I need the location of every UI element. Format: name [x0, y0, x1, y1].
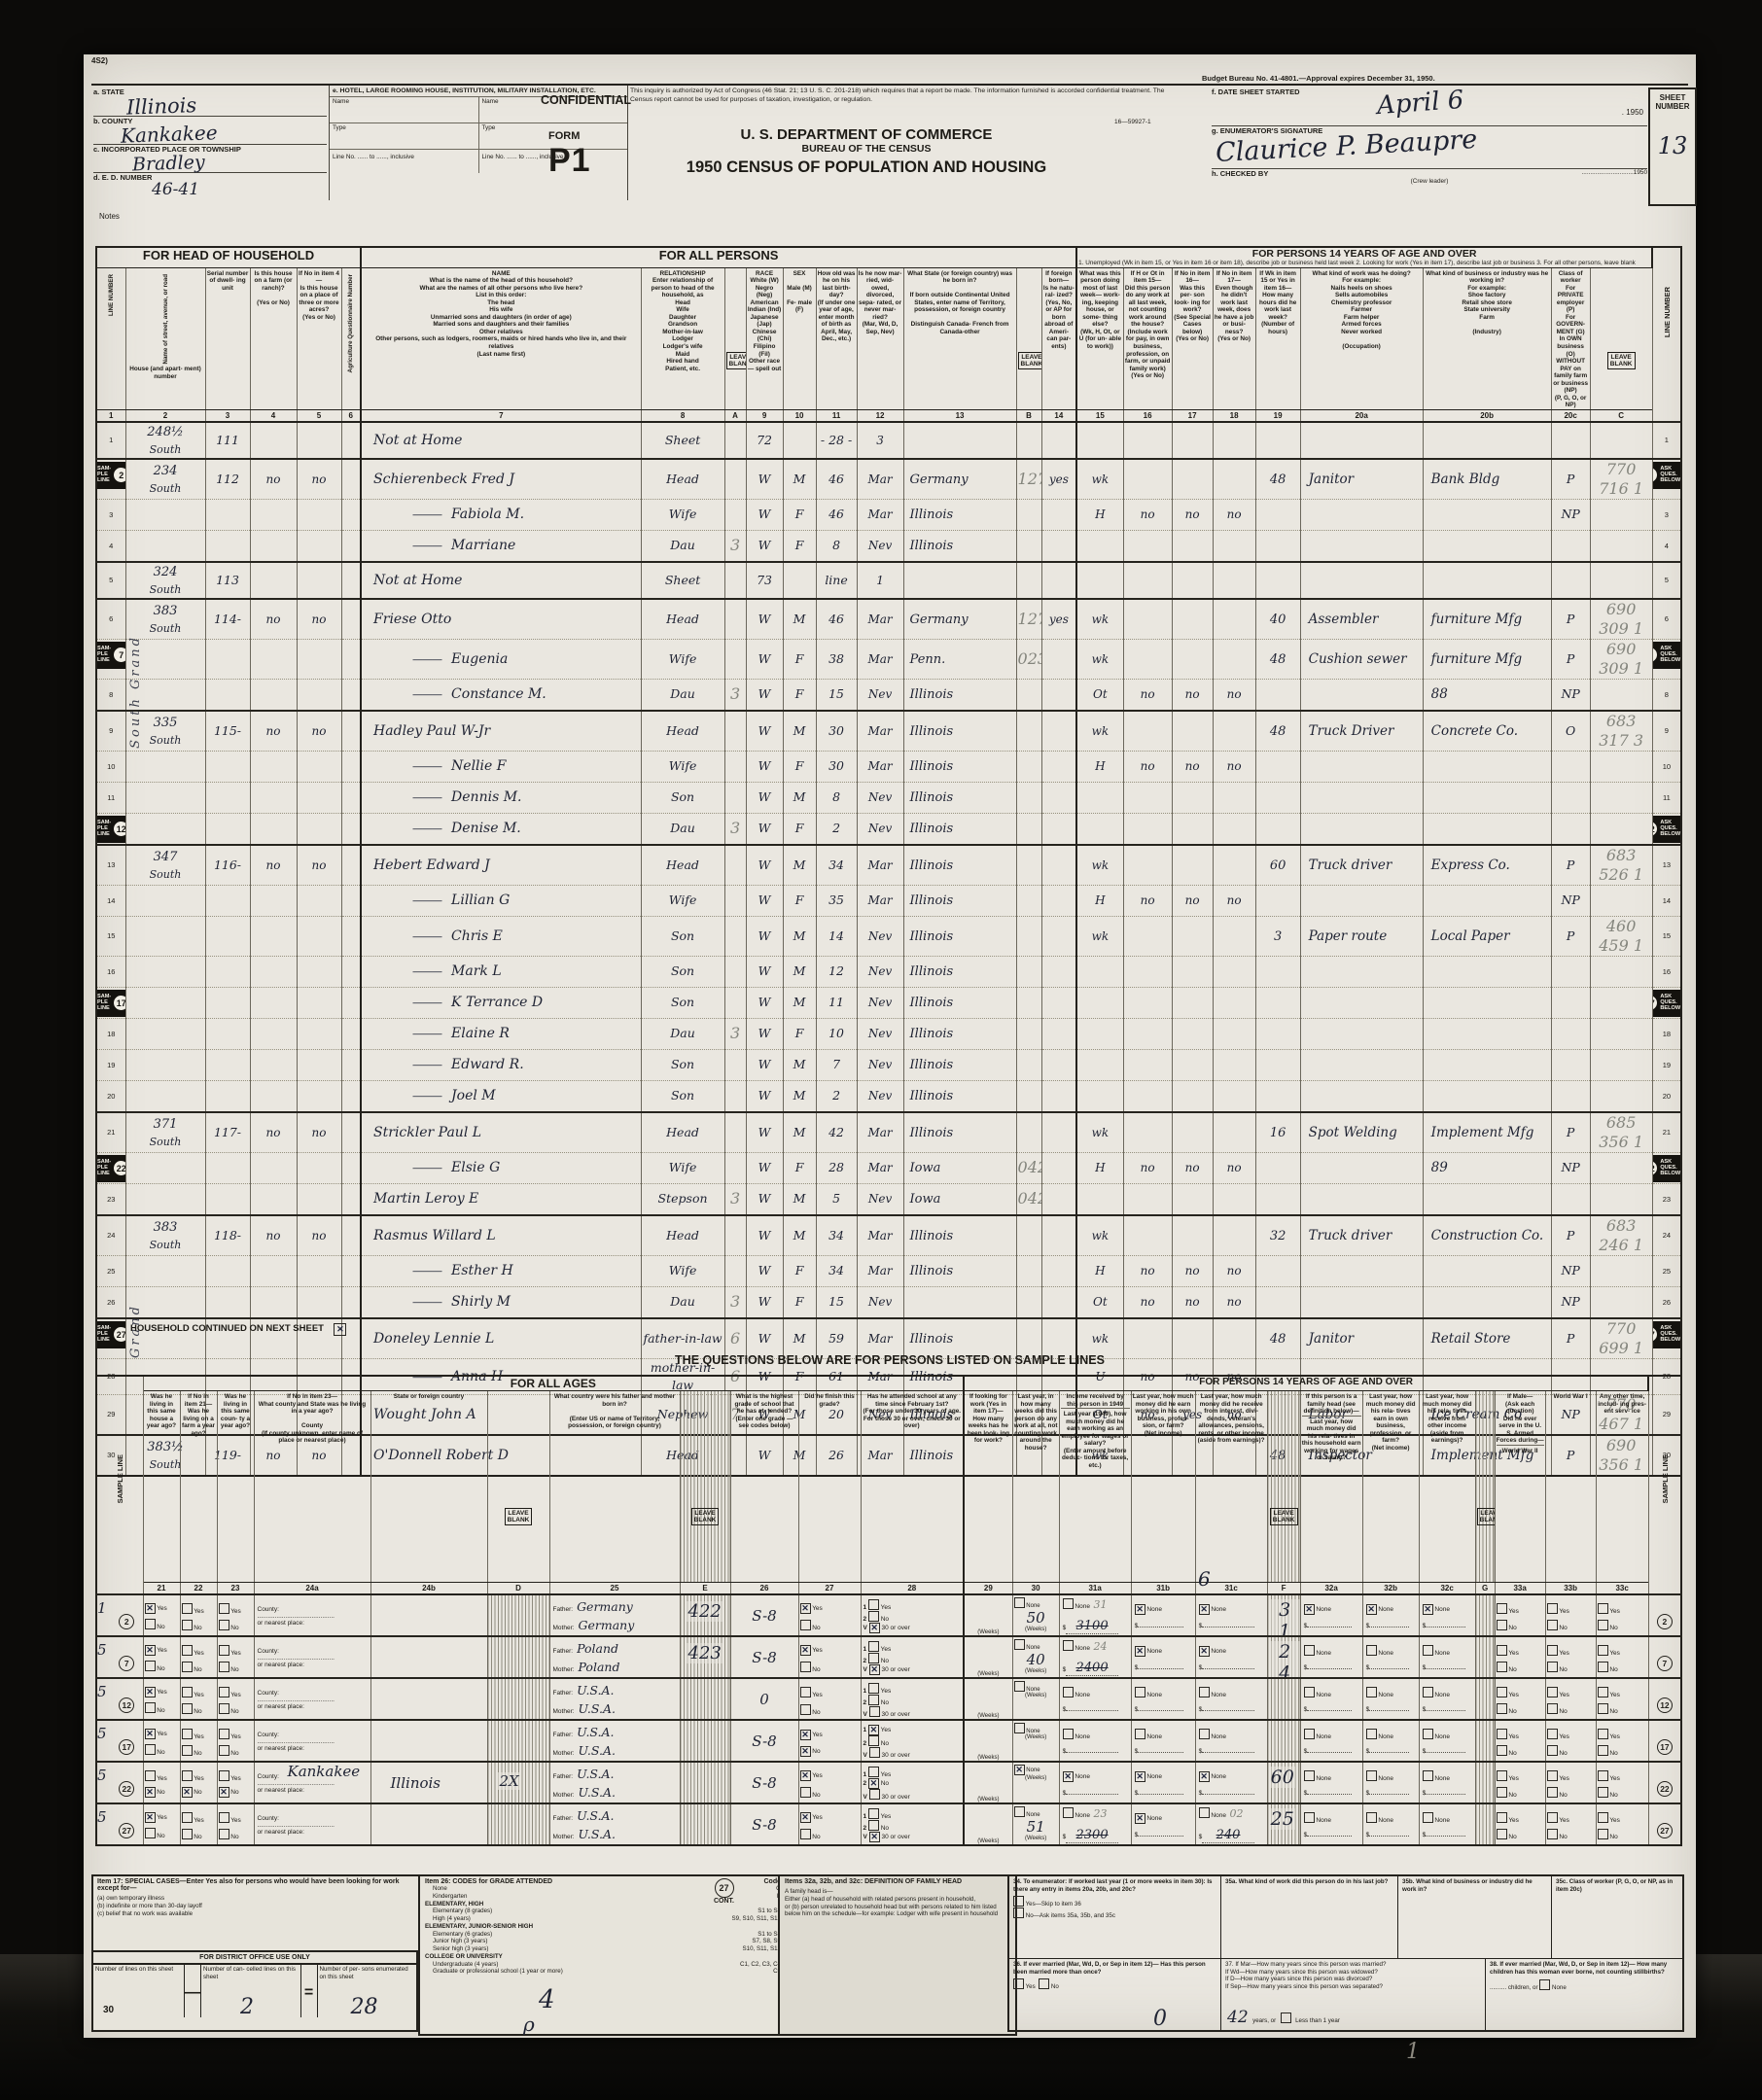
cell-line-number: 23 [96, 1183, 125, 1215]
cell-occupation [1300, 813, 1423, 845]
header-street-vertical: Name of street, avenue, or road [162, 274, 169, 365]
cell-race: W [746, 1215, 783, 1256]
header-q32a: If this person is a family head (see def… [1300, 1391, 1362, 1583]
cell-code-b [1016, 562, 1041, 599]
q36-no: No [1051, 1983, 1059, 1990]
cell-age: 8 [816, 782, 857, 813]
line-number-right: 6 [1665, 614, 1669, 623]
cell-naturalized [1041, 639, 1076, 679]
cell-rel-own: None$ [1364, 1685, 1418, 1713]
handwriting: NP [1561, 1294, 1579, 1309]
colnum-naturalized: 14 [1041, 409, 1076, 422]
money-none: None 24 [1063, 1640, 1128, 1653]
checkbox [1547, 1745, 1558, 1756]
cell-code-a: 3 [724, 1286, 746, 1318]
roster-row: 5324South113Not at HomeSheet73line15 [96, 562, 1681, 599]
handwriting: NP [1561, 686, 1579, 701]
section-head-of-household: FOR HEAD OF HOUSEHOLD [96, 247, 361, 267]
q35b-text: 35b. What kind of business or industry d… [1402, 1878, 1547, 1894]
roster-row: 14———Lillian GWifeWF35MarIllinoisHnonono… [96, 885, 1681, 916]
cell-ww2: Yes No [1497, 1684, 1544, 1715]
cell-q15 [1076, 987, 1123, 1018]
cell-name: ———Marriane [361, 530, 641, 562]
cell-farm [250, 813, 297, 845]
cell-ww1: Yes No [1547, 1684, 1595, 1715]
money-line: $ [1304, 1748, 1359, 1755]
yn-no: No [1547, 1620, 1595, 1631]
yn-no: No [1547, 1662, 1595, 1673]
cell-acres [297, 562, 341, 599]
cell-race: W [746, 1152, 783, 1183]
cell-industry [1423, 1255, 1551, 1286]
cell-ww2: Yes No [1497, 1809, 1544, 1840]
cell-other-income: None$ [1197, 1727, 1266, 1755]
cell-q16 [1123, 845, 1172, 886]
cell-other-income: ✕ None$ [1197, 1644, 1266, 1671]
handwriting: W [758, 686, 771, 701]
header-q19-text: If Wk in item 15 or Yes in item 16— How … [1257, 268, 1299, 336]
header-code-d: LEAVE BLANK [487, 1391, 549, 1583]
weeks-caption: (Weeks) [966, 1838, 1011, 1844]
handwriting: Truck driver [1309, 857, 1392, 873]
cell-serial: 112 [205, 459, 250, 500]
yn-yes: Yes [219, 1645, 253, 1657]
cell-q18 [1213, 1049, 1255, 1080]
cell-code-b: 127 [1016, 459, 1041, 500]
cell-ww1: Yes No [1547, 1809, 1595, 1840]
colnum-code-a: A [724, 409, 746, 422]
cell-acres: no [297, 459, 341, 500]
ask-ques-chip: 2ASK QUES. BELOW [1652, 462, 1681, 489]
cell-occupation [1300, 956, 1423, 987]
handwriting: South [150, 1239, 182, 1251]
yn-no: No [145, 1744, 179, 1756]
cell-class: NP [1551, 1286, 1590, 1318]
checkbox [1497, 1745, 1507, 1756]
sample-line-left-vertical: SAMPLE LINE [116, 1454, 124, 1503]
cell-hours [1255, 1049, 1300, 1080]
money-underline [1066, 1710, 1118, 1711]
cell-rel-own: None$ [1362, 1762, 1419, 1803]
cell-other-income: None$ [1195, 1720, 1267, 1762]
code-c-value: 683 317 3 [1599, 712, 1643, 750]
person-name: Friese Otto [373, 612, 451, 627]
fin-no: No [800, 1829, 860, 1840]
money-value: 2300 [1076, 1828, 1109, 1842]
sample-row: 517✕ Yes No Yes No Yes NoCounty:........… [96, 1720, 1681, 1762]
cell-name: ———Elaine R [361, 1018, 641, 1049]
special-case-a: (a) own temporary illness [97, 1895, 420, 1903]
finished-yn: ✕ Yes✕ No [800, 1726, 860, 1757]
ed-number-value: 46-41 [152, 180, 327, 199]
handwriting: 114- [214, 612, 241, 626]
nearest-label: or nearest place: [258, 1662, 368, 1668]
yn-no: No [219, 1662, 253, 1673]
cell-acres [297, 885, 341, 916]
checkbox [1366, 1687, 1377, 1697]
checkbox [868, 1641, 879, 1652]
checkbox [1497, 1787, 1507, 1798]
cell-industry: Implement Mfg [1423, 1112, 1551, 1153]
cell-rel-other: None$ [1419, 1762, 1475, 1803]
handwriting: P [1567, 928, 1574, 943]
checkbox: ✕ [1199, 1646, 1210, 1657]
cell-class [1551, 530, 1590, 562]
colnum-q17: 17 [1172, 409, 1213, 422]
cell-marital: Nev [857, 1018, 903, 1049]
handwriting: Wife [669, 892, 697, 907]
handwriting: O [1566, 723, 1575, 738]
district-minus: — [185, 1965, 201, 2017]
money-line: $ [1199, 1623, 1264, 1629]
weeks-caption: (Weeks) [966, 1797, 1011, 1802]
cell-relationship: Wife [641, 885, 724, 916]
money-none: None [1304, 1729, 1359, 1740]
scanned-census-sheet: { "scan": { "corner_mark": "4S2)", "stra… [0, 0, 1762, 2100]
header-birthplace: What State (or foreign country) was he b… [903, 267, 1016, 409]
cell-q17 [1172, 1183, 1213, 1215]
cell-race: 73 [746, 562, 783, 599]
handwriting: Illinois [910, 687, 954, 702]
nearest-label: or nearest place: [258, 1620, 368, 1627]
header-q32a-text: Last year, how much money did his rela- … [1302, 1417, 1361, 1462]
money-none: ✕ None [1135, 1646, 1192, 1657]
cell-sample-badge: 517 [96, 1720, 143, 1762]
handwriting: F [795, 758, 804, 773]
cell-relationship: Head [641, 459, 724, 500]
weeks-worked-value: 40 [1014, 1651, 1058, 1668]
line-number-left: 5 [109, 576, 113, 584]
cell-code-b: 023 [1016, 639, 1041, 679]
cell-house-number [125, 956, 205, 987]
leave-blank-box: LEAVE BLANK [1607, 352, 1636, 369]
money-line: $ [1366, 1832, 1416, 1838]
sample-line-chip-number: 17 [113, 995, 125, 1011]
fin-yes: ✕ Yes [800, 1730, 860, 1740]
cell-weeks-worked: None40(Weeks) [1012, 1636, 1059, 1678]
cell-name: ———K Terrance D [361, 987, 641, 1018]
handwriting: F [795, 651, 804, 666]
person-name: Elaine R [451, 1026, 510, 1041]
handwriting: 383 [154, 1220, 178, 1235]
cell-rel-wages: None$ [1300, 1636, 1362, 1678]
indent-dash: ——— [412, 688, 441, 701]
header-q31a: Income received by this person in 1949La… [1059, 1391, 1131, 1583]
cell-other-income: None 02$240 [1195, 1803, 1267, 1845]
cell-acres [297, 1152, 341, 1183]
header-serial: Serial number of dwell- ing unit [205, 267, 250, 409]
mother-value: U.S.A. [575, 1827, 616, 1841]
cell-birthplace: Illinois [903, 813, 1016, 845]
grade-code-label: Senior high (3 years) [425, 1945, 488, 1953]
checkbox [868, 1599, 879, 1610]
cell-line-number-right: 5 [1652, 562, 1681, 599]
cell-industry [1423, 987, 1551, 1018]
cell-race: W [746, 1080, 783, 1112]
money-underline [1307, 1668, 1352, 1669]
cell-rel-wages: None$ [1302, 1727, 1361, 1755]
father-line: Father: U.S.A. [553, 1725, 677, 1739]
line-number-left: 25 [107, 1267, 115, 1276]
cell-birthplace: Illinois [903, 1112, 1016, 1153]
cell-q23: Yes No [217, 1636, 254, 1678]
cell-line-number-right: 3 [1652, 499, 1681, 530]
checkbox [1366, 1770, 1377, 1781]
header-farm: Is this house on a farm (or ranch)? (Yes… [250, 267, 297, 409]
colnum-industry: 20b [1423, 409, 1551, 422]
cell-code-c [1590, 1080, 1652, 1112]
cell-name: ———Mark L [361, 956, 641, 987]
cell-relationship: Head [641, 1112, 724, 1153]
header-street-sub: House (and apart- ment) number [127, 364, 204, 380]
sample-row-number: 17 [119, 1739, 134, 1755]
cell-code-c: 683 526 1 [1590, 845, 1652, 886]
cell-hours: 48 [1255, 711, 1300, 752]
cell-name: Schierenbeck Fred J [361, 459, 641, 500]
cell-occupation [1300, 1018, 1423, 1049]
cell-sex: M [783, 956, 816, 987]
cell-birthplace: Illinois [903, 782, 1016, 813]
cell-marital: Nev [857, 813, 903, 845]
cell-rel-other: None$ [1419, 1636, 1475, 1678]
cell-industry: furniture Mfg [1423, 599, 1551, 640]
cell-code-b [1016, 782, 1041, 813]
yn-yes: ✕ Yes [145, 1687, 179, 1697]
checkbox [1497, 1729, 1507, 1739]
sample-colnum-F: F [1267, 1583, 1300, 1595]
handwriting: Construction Co. [1431, 1228, 1544, 1243]
cell-weeks-worked: None50(Weeks) [1012, 1594, 1059, 1636]
cell-race: W [746, 639, 783, 679]
sample-colnum-30: 30 [1012, 1583, 1059, 1595]
checkbox [1063, 1729, 1074, 1739]
money-line: $ [1366, 1790, 1416, 1797]
cell-sex: F [783, 1286, 816, 1318]
att-2: 2 No [863, 1695, 962, 1706]
handwriting: no [266, 472, 281, 486]
handwriting: Nev [868, 1192, 892, 1206]
cell-code-b [1016, 987, 1041, 1018]
ask-ques-chip-label: ASK QUES. BELOW [1660, 647, 1680, 664]
colnum-relationship: 8 [641, 409, 724, 422]
person-name: Nellie F [451, 758, 506, 774]
father-value: U.S.A. [573, 1808, 614, 1823]
cell-industry [1423, 530, 1551, 562]
cell-acres: no [297, 845, 341, 886]
weeks-none: None [1014, 1723, 1058, 1734]
line-number-left: 1 [109, 436, 113, 444]
institution-type-1: Type [330, 123, 479, 149]
yn-yes: Yes [182, 1770, 216, 1782]
mother-label: Mother: [553, 1834, 575, 1840]
cell-occupation: Truck driver [1300, 1215, 1423, 1256]
cell-birthplace: Illinois [903, 987, 1016, 1018]
cell-naturalized: yes [1041, 459, 1076, 500]
handwriting: P [1567, 472, 1574, 486]
cell-other-service: Yes No [1598, 1809, 1647, 1840]
handwriting: Wife [669, 651, 697, 666]
cell-birthplace: Penn. [903, 639, 1016, 679]
cell-agq [341, 782, 361, 813]
yn-no: No [1598, 1787, 1647, 1799]
cell-ww1: Yes No [1545, 1636, 1596, 1678]
handwriting: wk [1092, 1332, 1110, 1346]
cell-naturalized [1041, 813, 1076, 845]
cell-line-number: 11 [96, 782, 125, 813]
person-name: Joel M [451, 1088, 496, 1103]
grade-code-label: High (4 years) [425, 1915, 471, 1923]
leave-blank-box: LEAVE BLANK [726, 352, 747, 369]
cell-house-number: 383South [125, 1215, 205, 1256]
cell-grade: S-8 [730, 1636, 798, 1678]
cell-sex: F [783, 813, 816, 845]
yn-no: No [1497, 1745, 1544, 1757]
handwriting: W [758, 651, 771, 666]
ask-ques-chip-label: ASK QUES. BELOW [1660, 821, 1680, 838]
cell-hours [1255, 1018, 1300, 1049]
ask-ques-chip-label: ASK QUES. BELOW [1660, 1160, 1680, 1177]
cell-earn-own: None$ [1133, 1727, 1194, 1755]
cell-code-a [724, 1080, 746, 1112]
cell-sex: M [783, 1183, 816, 1215]
cell-q16: no [1123, 1255, 1172, 1286]
grade-code-value: S9, S10, S11, S12 [732, 1915, 781, 1923]
cell-occupation [1300, 1255, 1423, 1286]
cell-attended: 1 Yes2 NoV ✕ 30 or over [861, 1636, 964, 1678]
finished-yn: ✕ Yes No [800, 1808, 860, 1840]
handwriting: M [793, 963, 806, 978]
cell-other-service: Yes No [1596, 1720, 1648, 1762]
cell-marital: Nev [857, 1183, 903, 1215]
yn-no: ✕ No [219, 1787, 253, 1798]
sample-section-title: THE QUESTIONS BELOW ARE FOR PERSONS LIST… [84, 1353, 1696, 1367]
money-value: 2400 [1076, 1661, 1109, 1675]
cell-ww2: Yes No [1495, 1678, 1545, 1720]
cell-other-service: Yes No [1598, 1767, 1647, 1799]
checkbox [1014, 1806, 1025, 1817]
checkbox [1304, 1770, 1315, 1781]
cell-naturalized [1041, 530, 1076, 562]
header-q24b: State or foreign country [370, 1391, 487, 1583]
cell-industry: furniture Mfg [1423, 639, 1551, 679]
cell-agq [341, 639, 361, 679]
handwriting: Truck driver [1309, 1228, 1392, 1243]
cell-q18 [1213, 1080, 1255, 1112]
yn-yes: Yes [1547, 1729, 1595, 1740]
checkbox [182, 1829, 193, 1839]
cell-hours [1255, 530, 1300, 562]
handwriting: Penn. [910, 652, 946, 667]
cell-code-b [1016, 1112, 1041, 1153]
sample-row-number: 22 [119, 1781, 134, 1797]
yn-no: No [1547, 1829, 1595, 1840]
code-d-value: 2X [498, 1772, 521, 1790]
cell-state [370, 1594, 487, 1636]
line-number-right: 4 [1665, 542, 1669, 550]
handwriting: Implement Mfg [1431, 1125, 1534, 1140]
checkbox [800, 1787, 811, 1798]
cell-code-c [1590, 530, 1652, 562]
cell-line-number-right: 24 [1652, 1215, 1681, 1256]
checkbox [1423, 1645, 1433, 1656]
cell-agq [341, 987, 361, 1018]
cell-line-number: 8 [96, 679, 125, 711]
checkbox [182, 1812, 193, 1823]
sample-colnum-26: 26 [730, 1583, 798, 1595]
cell-grade: S-8 [730, 1720, 798, 1762]
cell-birthplace: Illinois [903, 1255, 1016, 1286]
cell-code-f [1267, 1678, 1300, 1720]
colnum-occupation: 20a [1300, 409, 1423, 422]
header-q15: What was this person doing most of last … [1076, 267, 1123, 409]
yn-yes: Yes [219, 1687, 253, 1698]
handwriting: W [758, 789, 771, 804]
money-line: $ [1304, 1623, 1359, 1629]
cell-code-c: 685 356 1 [1590, 1112, 1652, 1153]
money-none: ✕ None [1063, 1771, 1128, 1782]
checkbox: ✕ [869, 1832, 880, 1842]
colnum-farm: 4 [250, 409, 297, 422]
cell-rel-wages: None$ [1302, 1685, 1361, 1713]
handwriting: Illinois [910, 964, 954, 979]
cell-q16: no [1123, 1152, 1172, 1183]
money-underline [1307, 1836, 1352, 1837]
q37-text: 37. If Mar—How many years since this per… [1225, 1961, 1481, 1991]
header-q16: If H or Ot in item 15— Did this person d… [1123, 267, 1172, 409]
cell-serial [205, 530, 250, 562]
cell-relationship: Wife [641, 1152, 724, 1183]
code-c-value: 690 309 1 [1599, 600, 1643, 638]
cell-house-number [125, 1152, 205, 1183]
cell-race: W [746, 1183, 783, 1215]
line-number-right: 11 [1663, 793, 1671, 802]
checkbox [1547, 1603, 1558, 1614]
header-q27: Did he finish this grade? [798, 1391, 861, 1583]
handwriting: 116- [214, 857, 241, 872]
sample-line-chip: SAM- PLE LINE7 [96, 642, 125, 669]
cell-q23: Yes No [217, 1594, 254, 1636]
cell-age: 10 [816, 1018, 857, 1049]
cell-birthplace: Illinois [903, 1080, 1016, 1112]
money-line: $ [1135, 1706, 1192, 1713]
weeks-caption2: (Weeks) [1014, 1627, 1058, 1632]
handwriting: 30 [828, 758, 844, 773]
cell-q18 [1213, 599, 1255, 640]
cell-age: 30 [816, 751, 857, 782]
cell-q18 [1213, 956, 1255, 987]
sample-row-number: 2 [119, 1614, 134, 1629]
handwriting: no [1185, 1264, 1200, 1277]
checkbox: ✕ [145, 1645, 156, 1656]
handwriting: M [793, 1125, 806, 1139]
handwriting: Illinois [910, 893, 954, 908]
roster-row: 23Martin Leroy EStepson3WM5NevIowa04223 [96, 1183, 1681, 1215]
ask-ques-chip-label: ASK QUES. BELOW [1660, 467, 1680, 484]
money-underline [1066, 1752, 1118, 1753]
stray-mark-0: 0 [1153, 2007, 1167, 2031]
roster-row: 6383South114-nonoFriese OttoHeadWM46MarG… [96, 599, 1681, 640]
cell-industry: 89 [1423, 1152, 1551, 1183]
cell-hours [1255, 679, 1300, 711]
handwriting: Mar [867, 1161, 892, 1174]
cell-line-number: 25 [96, 1255, 125, 1286]
grade-code-value: C1, C2, C3, C4 [740, 1961, 781, 1969]
handwriting: F [795, 821, 804, 835]
att-1: 1 ✕ Yes [863, 1725, 962, 1735]
cell-code-b [1016, 1286, 1041, 1318]
cell-rel-own: None$ [1362, 1636, 1419, 1678]
cell-line-number: 24 [96, 1215, 125, 1256]
